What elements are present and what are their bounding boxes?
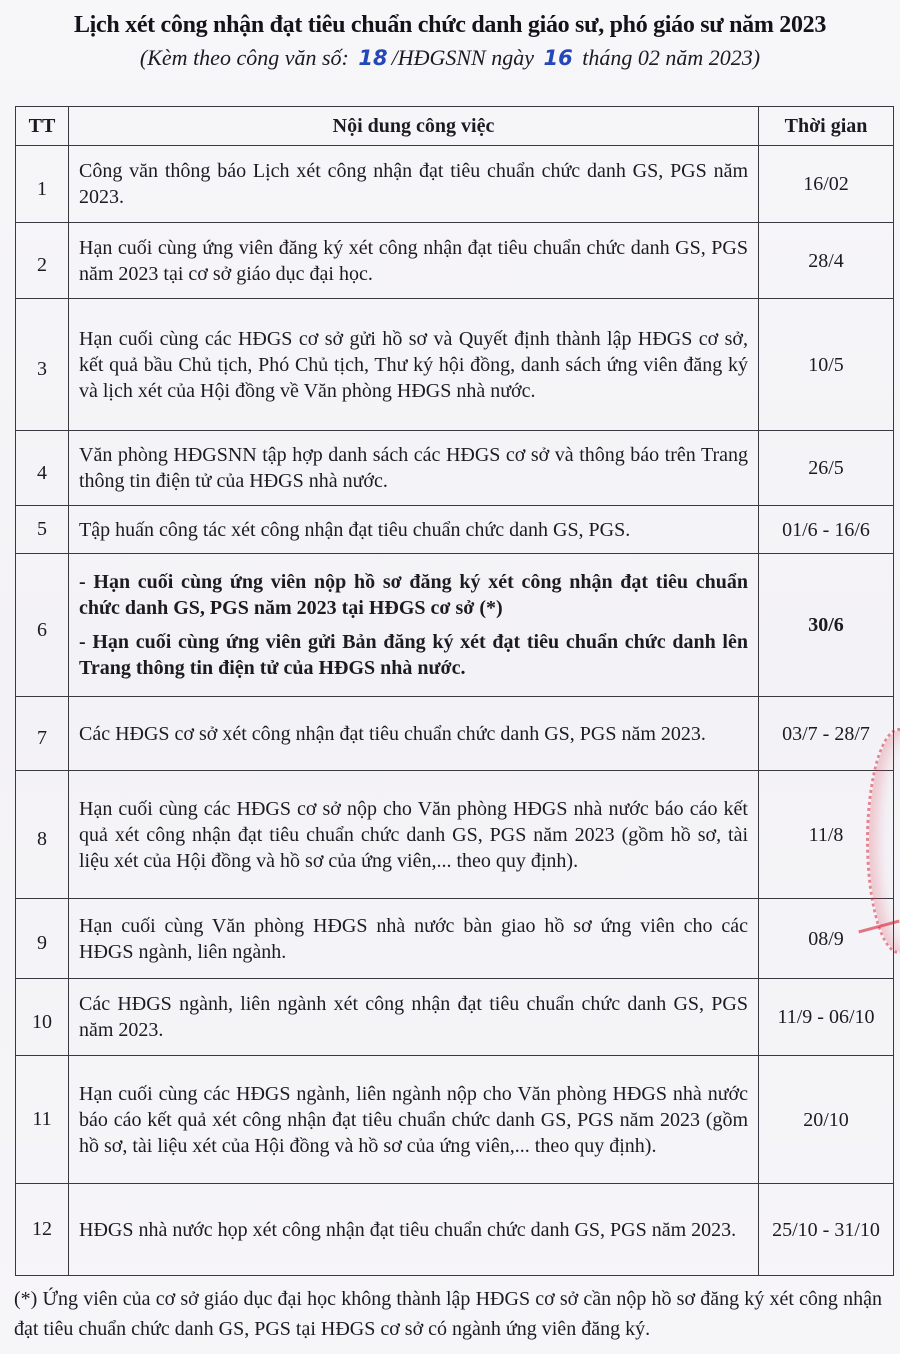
row-content: Các HĐGS cơ sở xét công nhận đạt tiêu ch… — [69, 697, 759, 771]
row-time: 20/10 — [759, 1056, 894, 1184]
row-content: Văn phòng HĐGSNN tập hợp danh sách các H… — [69, 431, 759, 506]
row-content: Hạn cuối cùng các HĐGS cơ sở gửi hồ sơ v… — [69, 299, 759, 431]
table-row: 4 Văn phòng HĐGSNN tập hợp danh sách các… — [16, 431, 894, 506]
row-time: 10/5 — [759, 299, 894, 431]
row-number: 12 — [16, 1184, 69, 1276]
row-time: 11/8 — [759, 771, 894, 899]
row-content: Hạn cuối cùng Văn phòng HĐGS nhà nước bà… — [69, 899, 759, 979]
table-row: 6 - Hạn cuối cùng ứng viên nộp hồ sơ đăn… — [16, 554, 894, 697]
table-row: 8 Hạn cuối cùng các HĐGS cơ sở nộp cho V… — [16, 771, 894, 899]
table-row: 11 Hạn cuối cùng các HĐGS ngành, liên ng… — [16, 1056, 894, 1184]
row-content: Các HĐGS ngành, liên ngành xét công nhận… — [69, 979, 759, 1056]
row-number: 1 — [16, 146, 69, 223]
row-time: 03/7 - 28/7 — [759, 697, 894, 771]
header-content: Nội dung công việc — [69, 107, 759, 146]
row-number: 7 — [16, 697, 69, 771]
table-row: 7 Các HĐGS cơ sở xét công nhận đạt tiêu … — [16, 697, 894, 771]
header-tt: TT — [16, 107, 69, 146]
table-row: 10 Các HĐGS ngành, liên ngành xét công n… — [16, 979, 894, 1056]
row-content: Tập huấn công tác xét công nhận đạt tiêu… — [69, 506, 759, 554]
row-time: 26/5 — [759, 431, 894, 506]
handwritten-day: 16 — [540, 46, 577, 70]
handwritten-doc-number: 18 — [354, 46, 391, 70]
row-time: 01/6 - 16/6 — [759, 506, 894, 554]
row-number: 5 — [16, 506, 69, 554]
row-time: 25/10 - 31/10 — [759, 1184, 894, 1276]
schedule-table: TT Nội dung công việc Thời gian 1 Công v… — [15, 106, 894, 1276]
row-time: 11/9 - 06/10 — [759, 979, 894, 1056]
row-number: 6 — [16, 554, 69, 697]
document-subtitle: (Kèm theo công văn số: 18/HĐGSNN ngày 16… — [0, 45, 900, 71]
row-content: Hạn cuối cùng các HĐGS ngành, liên ngành… — [69, 1056, 759, 1184]
header-time: Thời gian — [759, 107, 894, 146]
row-content-line: - Hạn cuối cùng ứng viên gửi Bản đăng ký… — [79, 629, 748, 681]
document-page: Lịch xét công nhận đạt tiêu chuẩn chức d… — [0, 0, 900, 1354]
row-number: 10 — [16, 979, 69, 1056]
row-content: - Hạn cuối cùng ứng viên nộp hồ sơ đăng … — [69, 554, 759, 697]
subtitle-prefix: (Kèm theo công văn số: — [140, 45, 349, 70]
row-number: 8 — [16, 771, 69, 899]
document-title: Lịch xét công nhận đạt tiêu chuẩn chức d… — [0, 12, 900, 39]
row-content: Hạn cuối cùng các HĐGS cơ sở nộp cho Văn… — [69, 771, 759, 899]
table-row: 5 Tập huấn công tác xét công nhận đạt ti… — [16, 506, 894, 554]
row-time: 08/9 — [759, 899, 894, 979]
row-time: 30/6 — [759, 554, 894, 697]
subtitle-middle: /HĐGSNN ngày — [392, 45, 534, 70]
row-content-line: - Hạn cuối cùng ứng viên nộp hồ sơ đăng … — [79, 569, 748, 621]
row-time: 28/4 — [759, 223, 894, 299]
subtitle-suffix: tháng 02 năm 2023) — [582, 45, 760, 70]
row-number: 9 — [16, 899, 69, 979]
row-number: 3 — [16, 299, 69, 431]
row-number: 4 — [16, 431, 69, 506]
table-row: 9 Hạn cuối cùng Văn phòng HĐGS nhà nước … — [16, 899, 894, 979]
row-number: 11 — [16, 1056, 69, 1184]
row-number: 2 — [16, 223, 69, 299]
table-row: 1 Công văn thông báo Lịch xét công nhận … — [16, 146, 894, 223]
table-row: 2 Hạn cuối cùng ứng viên đăng ký xét côn… — [16, 223, 894, 299]
table-header-row: TT Nội dung công việc Thời gian — [16, 107, 894, 146]
table-row: 12 HĐGS nhà nước họp xét công nhận đạt t… — [16, 1184, 894, 1276]
row-content: HĐGS nhà nước họp xét công nhận đạt tiêu… — [69, 1184, 759, 1276]
row-content: Công văn thông báo Lịch xét công nhận đạ… — [69, 146, 759, 223]
row-time: 16/02 — [759, 146, 894, 223]
footnote: (*) Ứng viên của cơ sở giáo dục đại học … — [14, 1284, 882, 1344]
row-content: Hạn cuối cùng ứng viên đăng ký xét công … — [69, 223, 759, 299]
table-row: 3 Hạn cuối cùng các HĐGS cơ sở gửi hồ sơ… — [16, 299, 894, 431]
